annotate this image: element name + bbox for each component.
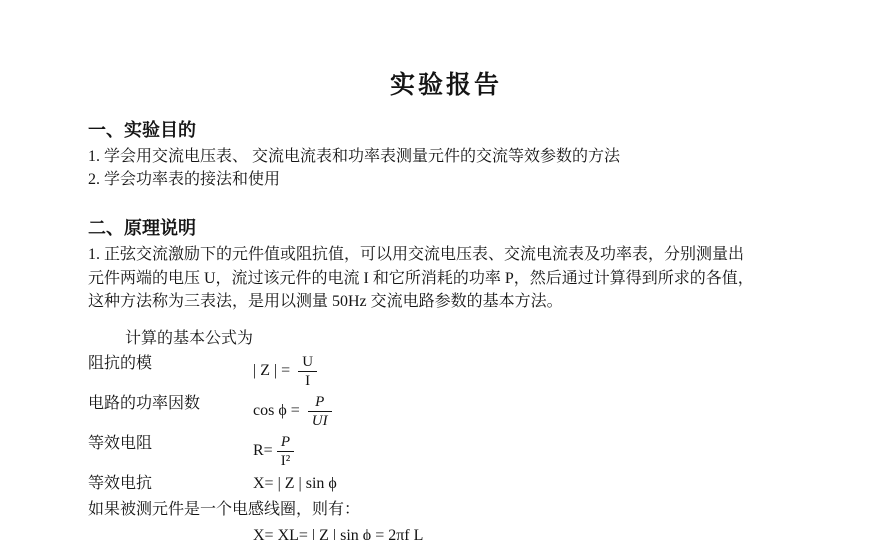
formula-label-resistance: 等效电阻: [88, 433, 253, 455]
formula-row-reactance: 等效电抗 X= | Z | sin ϕ: [88, 473, 832, 495]
formula-row-impedance: 阻抗的模 | Z | = U I: [88, 353, 832, 390]
page-title: 实验报告: [88, 70, 804, 100]
inductor-note: 如果被测元件是一个电感线圈，则有：: [88, 499, 832, 521]
inductor-formula: X= XL= | Z | sin ϕ = 2πf L: [253, 525, 832, 540]
fraction-p-over-ui: P UI: [308, 393, 332, 430]
principle-line-2: 元件两端的电压 U，流过该元件的电流 I 和它所消耗的功率 P，然后通过计算得到…: [88, 267, 832, 291]
formula-row-resistance: 等效电阻 R= P I²: [88, 433, 832, 470]
formula-label-reactance: 等效电抗: [88, 473, 253, 495]
report-page: 实验报告 一、实验目的 1. 学会用交流电压表、 交流电流表和功率表测量元件的交…: [0, 0, 892, 540]
fraction-numerator: P: [308, 393, 332, 411]
formulas-intro: 计算的基本公式为: [88, 328, 832, 350]
formula-resistance-lhs: R=: [253, 441, 273, 461]
fraction-u-over-i: U I: [298, 353, 317, 390]
principle-line-3: 这种方法称为三表法，是用以测量 50Hz 交流电路参数的基本方法。: [88, 290, 832, 314]
formula-reactance: X= | Z | sin ϕ: [253, 473, 337, 495]
principle-paragraph: 1. 正弦交流激励下的元件值或阻抗值，可以用交流电压表、交流电流表及功率表，分别…: [88, 243, 832, 314]
purpose-list: 1. 学会用交流电压表、 交流电流表和功率表测量元件的交流等效参数的方法 2. …: [88, 145, 832, 191]
purpose-item-2: 2. 学会功率表的接法和使用: [88, 168, 832, 191]
fraction-p-over-i-squared: P I²: [277, 433, 295, 470]
section-heading-purpose: 一、实验目的: [88, 120, 832, 140]
formula-power-factor: cos ϕ = P UI: [253, 393, 332, 430]
formula-row-power-factor: 电路的功率因数 cos ϕ = P UI: [88, 393, 832, 430]
formula-label-impedance: 阻抗的模: [88, 353, 253, 375]
formula-label-power-factor: 电路的功率因数: [88, 393, 253, 415]
principle-line-1: 1. 正弦交流激励下的元件值或阻抗值，可以用交流电压表、交流电流表及功率表，分别…: [88, 243, 832, 267]
purpose-item-1: 1. 学会用交流电压表、 交流电流表和功率表测量元件的交流等效参数的方法: [88, 145, 832, 168]
formula-impedance: | Z | = U I: [253, 353, 317, 390]
fraction-denominator: I²: [277, 451, 295, 470]
fraction-numerator: P: [277, 433, 295, 451]
fraction-numerator: U: [298, 353, 317, 371]
fraction-denominator: I: [298, 371, 317, 390]
fraction-denominator: UI: [308, 411, 332, 430]
formula-power-factor-lhs: cos ϕ =: [253, 401, 304, 421]
formula-impedance-lhs: | Z | =: [253, 361, 294, 381]
formula-resistance: R= P I²: [253, 433, 294, 470]
section-heading-principle: 二、原理说明: [88, 218, 832, 238]
